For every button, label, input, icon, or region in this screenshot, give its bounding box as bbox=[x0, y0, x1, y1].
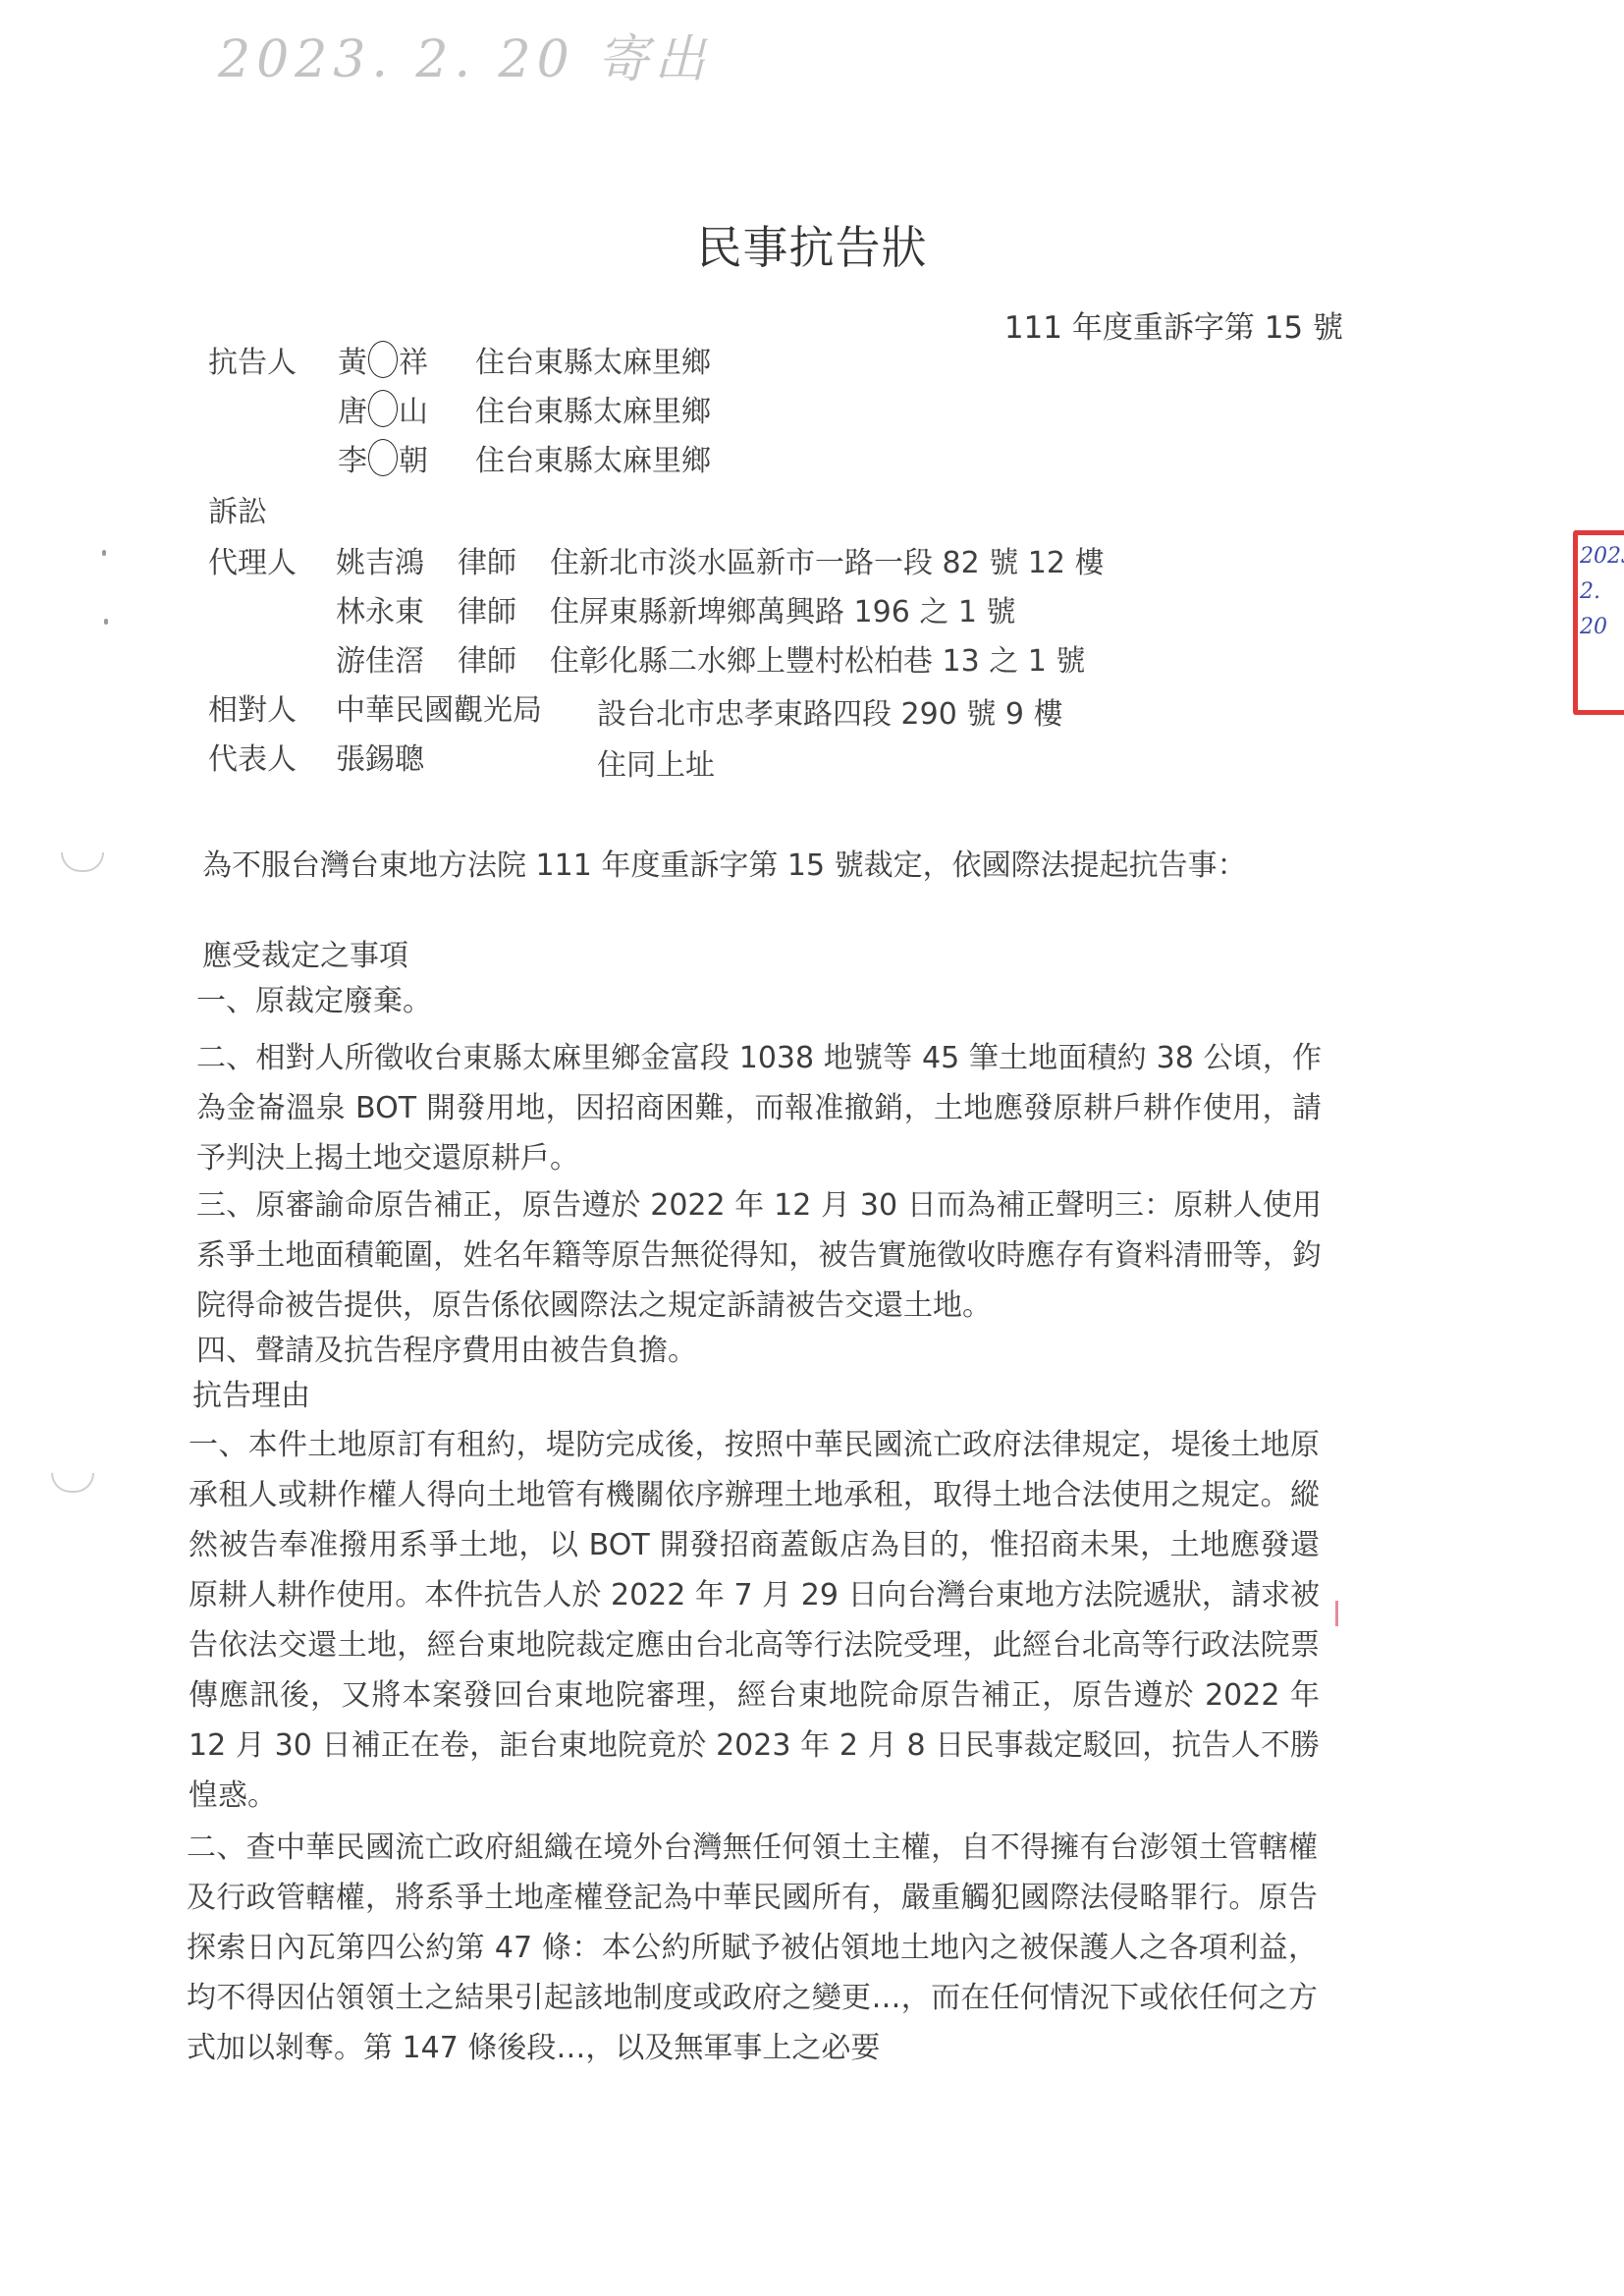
appellant-name: 李朝 bbox=[338, 436, 428, 479]
agent-label: 代理人 bbox=[208, 538, 297, 581]
agent-name: 姚吉鴻 bbox=[336, 538, 424, 581]
punch-hole-mark bbox=[51, 1473, 94, 1493]
agent-name: 游佳滘 bbox=[336, 636, 424, 680]
reason-item-2: 二、查中華民國流亡政府組織在境外台灣無任何領土主權，自不得擁有台澎領土管轄權及行… bbox=[187, 1823, 1318, 2073]
name-part: 山 bbox=[399, 395, 428, 429]
name-part: 李 bbox=[338, 444, 367, 478]
claim-item-1: 一、原裁定廢棄。 bbox=[196, 976, 1322, 1026]
name-part: 朝 bbox=[399, 444, 428, 478]
agent-title: 律師 bbox=[458, 587, 516, 630]
redaction-circle-icon bbox=[368, 390, 398, 427]
claim-item-3: 三、原審諭命原告補正，原告遵於 2022 年 12 月 30 日而為補正聲明三：… bbox=[196, 1180, 1322, 1331]
appellant-address: 住台東縣太麻里鄉 bbox=[475, 387, 711, 430]
scan-dot bbox=[102, 550, 106, 556]
claim-item-4: 四、聲請及抗告程序費用由被告負擔。 bbox=[196, 1326, 1322, 1376]
claims-heading: 應受裁定之事項 bbox=[202, 931, 408, 974]
appellant-name: 黃祥 bbox=[338, 338, 428, 381]
received-stamp: 2023 2. 20 bbox=[1573, 530, 1624, 715]
red-ink-mark bbox=[1335, 1601, 1338, 1626]
appellant-label: 抗告人 bbox=[208, 338, 297, 381]
redaction-circle-icon bbox=[368, 439, 398, 476]
name-part: 祥 bbox=[399, 346, 428, 380]
name-part: 唐 bbox=[338, 395, 367, 429]
representative-name: 張錫聰 bbox=[336, 735, 424, 778]
name-part: 黃 bbox=[338, 346, 367, 380]
representative-address: 住同上址 bbox=[597, 740, 715, 784]
respondent-name: 中華民國觀光局 bbox=[336, 685, 542, 729]
respondent-label: 相對人 bbox=[208, 685, 297, 729]
case-number: 111 年度重訴字第 15 號 bbox=[1004, 302, 1343, 347]
agent-address: 住新北市淡水區新市一路一段 82 號 12 樓 bbox=[550, 538, 1105, 581]
agent-name: 林永東 bbox=[336, 587, 424, 630]
redaction-circle-icon bbox=[368, 341, 398, 378]
claim-item-2: 二、相對人所徵收台東縣太麻里鄉金富段 1038 地號等 45 筆土地面積約 38… bbox=[196, 1033, 1322, 1183]
respondent-address: 設台北市忠孝東路四段 290 號 9 樓 bbox=[597, 689, 1063, 733]
intro-statement: 為不服台灣台東地方法院 111 年度重訴字第 15 號裁定，依國際法提起抗告事： bbox=[202, 841, 1247, 884]
litigation-label: 訴訟 bbox=[208, 487, 267, 530]
agent-address: 住彰化縣二水鄉上豐村松柏巷 13 之 1 號 bbox=[550, 636, 1085, 680]
punch-hole-mark bbox=[61, 852, 104, 872]
agent-title: 律師 bbox=[458, 636, 516, 680]
appellant-address: 住台東縣太麻里鄉 bbox=[475, 338, 711, 381]
appellant-address: 住台東縣太麻里鄉 bbox=[475, 436, 711, 479]
document-title: 民事抗告狀 bbox=[0, 212, 1624, 277]
representative-label: 代表人 bbox=[208, 735, 297, 778]
stamp-handwritten-date: 2023 2. 20 bbox=[1580, 539, 1624, 645]
reasons-heading: 抗告理由 bbox=[192, 1371, 310, 1414]
scan-dot bbox=[104, 619, 108, 625]
reason-item-1: 一、本件土地原訂有租約，堤防完成後，按照中華民國流亡政府法律規定，堤後土地原承租… bbox=[189, 1420, 1320, 1821]
agent-address: 住屏東縣新埤鄉萬興路 196 之 1 號 bbox=[550, 587, 1016, 630]
agent-title: 律師 bbox=[458, 538, 516, 581]
handwritten-mailing-date: 2023. 2. 20 寄出 bbox=[218, 18, 711, 91]
appellant-name: 唐山 bbox=[338, 387, 428, 430]
